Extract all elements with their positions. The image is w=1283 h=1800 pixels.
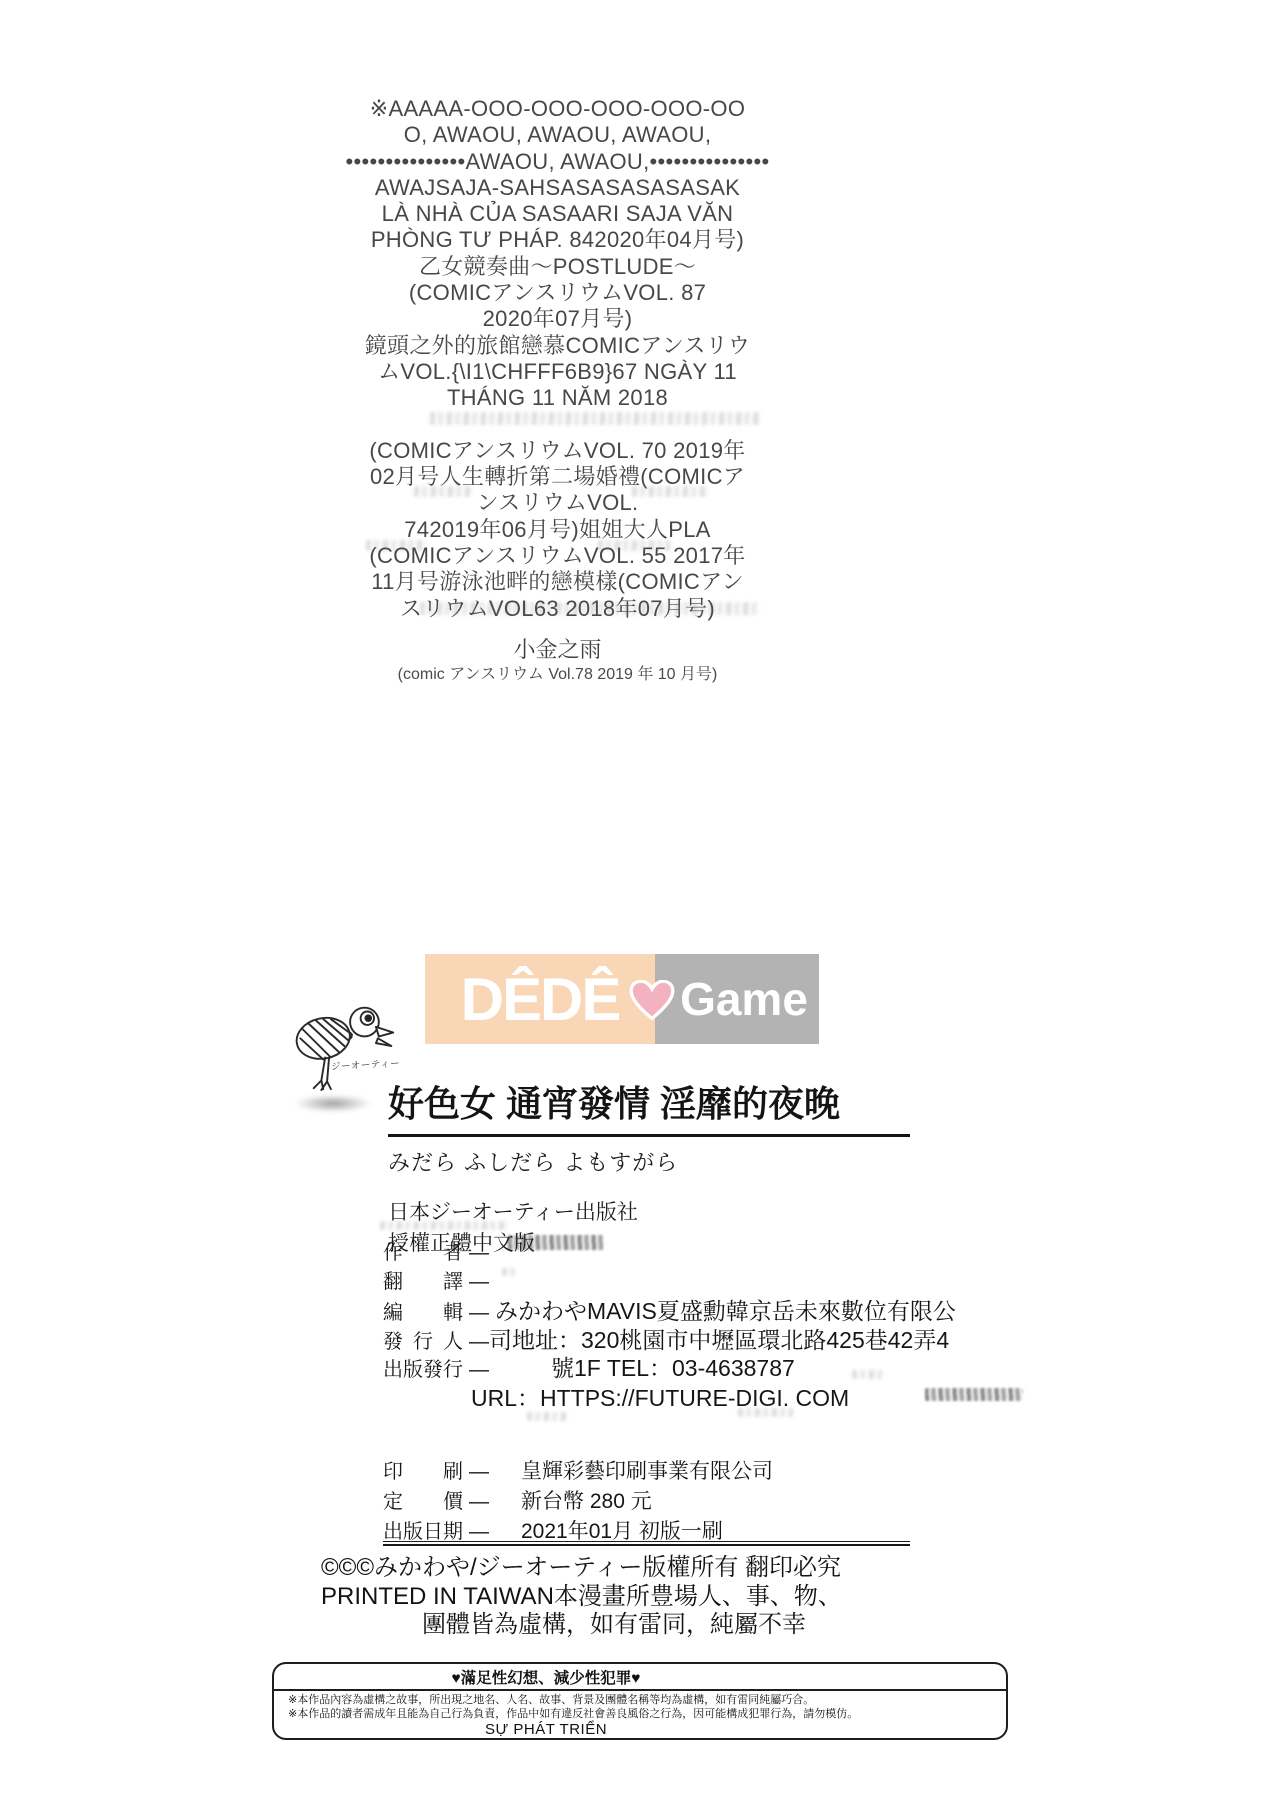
publication-history-line: PHÒNG TƯ PHÁP. 842020年04月号) xyxy=(270,227,845,253)
ink-smudge xyxy=(420,602,760,615)
publication-history-line: (COMICアンスリウムVOL. 70 2019年 xyxy=(270,438,845,464)
publication-value: 皇輝彩藝印刷事業有限公司 xyxy=(521,1455,773,1485)
publication-history-line: ンスリウムVOL. xyxy=(270,490,845,516)
copyright-line: PRINTED IN TAIWAN本漫畫所豊場人、事、物、 xyxy=(321,1583,907,1612)
publication-history-line: 2020年07月号) xyxy=(270,306,845,332)
publication-history-line: (COMICアンスリウムVOL. 87 xyxy=(270,280,845,306)
heart-icon xyxy=(629,980,675,1022)
credit-value: 號1F TEL：03-4638787 xyxy=(551,1350,795,1383)
publication-history-line: ※AAAAA-OOO-OOO-OOO-OOO-OO xyxy=(270,96,845,122)
publication-value: 新台幣 280 元 xyxy=(521,1485,652,1515)
credit-row-author: 作者 — xyxy=(383,1236,956,1265)
publication-history-line: 乙女競奏曲～POSTLUDE～ xyxy=(270,254,845,280)
publication-history-line: 02月号人生轉折第二場婚禮(COMICア xyxy=(270,464,845,490)
dash: — xyxy=(469,1491,489,1514)
notice-footer: SỰ PHÁT TRIỂN xyxy=(286,1721,806,1738)
dede-logo-text: DÊDÊ xyxy=(461,965,620,1034)
publication-history-line: 11月号游泳池畔的戀模樣(COMICアン xyxy=(270,569,845,595)
price-row: 定價 — 新台幣 280 元 xyxy=(383,1485,773,1515)
publication-history-line: (COMICアンスリウムVOL. 55 2017年 xyxy=(270,543,845,569)
notice-line: ※本作品的讀者需成年且能為自己行為負責，作品中如有違反社會善良風俗之行為，因可能… xyxy=(288,1707,996,1721)
ink-smudge xyxy=(527,1412,567,1421)
publication-history-line: LÀ NHÀ CỦA SASAARI SAJA VĂN xyxy=(270,201,845,227)
ink-smudge xyxy=(598,540,670,551)
book-info: 好色女 通宵發情 淫靡的夜晚 みだら ふしだら よもすがら 日本ジーオーティー出… xyxy=(388,1076,910,1259)
section-divider xyxy=(383,1541,910,1546)
dash: — xyxy=(469,1359,489,1382)
credit-label: 翻譯 xyxy=(383,1265,463,1294)
dash: — xyxy=(469,1331,489,1354)
credit-label: 發行人 xyxy=(383,1325,463,1354)
publication-history-line: 742019年06月号)姐姐大人PLA xyxy=(270,517,845,543)
credit-label: 出版發行 xyxy=(383,1353,463,1382)
dash: — xyxy=(469,1461,489,1484)
credit-label: 編輯 xyxy=(383,1296,463,1325)
publication-history-line: O, AWAOU, AWAOU, AWAOU, xyxy=(270,122,845,148)
credit-row-issuer: 發行人 — 司地址：320桃園市中壢區環北路425巷42弄4 xyxy=(383,1322,956,1351)
bird-mascot-drawing xyxy=(283,998,398,1094)
copyright-line: 團體皆為虛構，如有雷同，純屬不幸 xyxy=(321,1611,907,1640)
publication-history-line: ムVOL.{\I1\CHFFF6B9}67 NGÀY 11 xyxy=(270,359,845,385)
dede-logo-block: DÊDÊ xyxy=(425,954,655,1044)
title-underline xyxy=(388,1134,910,1137)
credits-section: 作者 — 翻譯 — 編輯 — みかわやMAVIS夏盛勳韓京岳未來數位有限公 發行… xyxy=(383,1236,956,1413)
ink-smudge xyxy=(366,540,426,551)
publication-history-line: •••••••••••••••AWAOU, AWAOU,••••••••••••… xyxy=(270,149,845,175)
publication-history-line: 鏡頭之外的旅館戀慕COMICアンスリウ xyxy=(270,333,845,359)
dash: — xyxy=(469,1271,489,1294)
copyright-line: ©©©みかわや/ジーオーティー版權所有 翻印必究 xyxy=(321,1554,907,1583)
notice-line: ※本作品內容為虛構之故事，所出現之地名、人名、故事、背景及團體名稱等均為虛構，如… xyxy=(288,1693,996,1707)
manga-colophon-page: ※AAAAA-OOO-OOO-OOO-OOO-OOO, AWAOU, AWAOU… xyxy=(0,0,1283,1800)
credit-row-translator: 翻譯 — xyxy=(383,1265,956,1294)
publication-label: 出版日期 xyxy=(383,1515,463,1544)
ink-smudge xyxy=(632,486,708,497)
credit-row-editor: 編輯 — みかわやMAVIS夏盛勳韓京岳未來數位有限公 xyxy=(383,1293,956,1322)
publisher-url: URL：HTTPS://FUTURE-DIGI. COM xyxy=(471,1380,956,1413)
game-logo-text: Game xyxy=(680,972,808,1026)
bird-shadow xyxy=(296,1095,370,1112)
dash: — xyxy=(469,1302,489,1325)
ink-smudge xyxy=(414,486,472,497)
book-title-reading: みだら ふしだら よもすがら xyxy=(388,1146,910,1177)
artist-name: 小金之雨 xyxy=(270,633,845,664)
print-row: 印刷 — 皇輝彩藝印刷事業有限公司 xyxy=(383,1455,773,1485)
dash: — xyxy=(469,1242,489,1265)
game-logo-block: Game xyxy=(655,954,819,1044)
ink-smudge xyxy=(430,412,760,425)
notice-body: ※本作品內容為虛構之故事，所出現之地名、人名、故事、背景及團體名稱等均為虛構，如… xyxy=(274,1691,1006,1721)
publication-history-line: THÁNG 11 NĂM 2018 xyxy=(270,385,845,411)
notice-box: ♥滿足性幻想、減少性犯罪♥ ※本作品內容為虛構之故事，所出現之地名、人名、故事、… xyxy=(272,1662,1008,1740)
publication-history-line: AWAJSAJA-SAHSASASASASASAK xyxy=(270,175,845,201)
copyright-section: ©©©みかわや/ジーオーティー版權所有 翻印必究 PRINTED IN TAIW… xyxy=(321,1554,907,1640)
dede-game-logo: DÊDÊ Game xyxy=(425,954,819,1044)
book-title: 好色女 通宵發情 淫靡的夜晚 xyxy=(388,1076,910,1127)
publication-label: 印刷 xyxy=(383,1455,463,1484)
credit-label: 作者 xyxy=(383,1236,463,1265)
publisher-name: 日本ジーオーティー出版社 xyxy=(388,1197,910,1228)
notice-header: ♥滿足性幻想、減少性犯罪♥ xyxy=(286,1664,806,1688)
publication-section: 印刷 — 皇輝彩藝印刷事業有限公司 定價 — 新台幣 280 元 出版日期 — … xyxy=(383,1455,773,1545)
publication-label: 定價 xyxy=(383,1485,463,1514)
artist-source: (comic アンスリウム Vol.78 2019 年 10 月号) xyxy=(270,661,845,684)
publication-history: ※AAAAA-OOO-OOO-OOO-OOO-OOO, AWAOU, AWAOU… xyxy=(270,96,845,622)
